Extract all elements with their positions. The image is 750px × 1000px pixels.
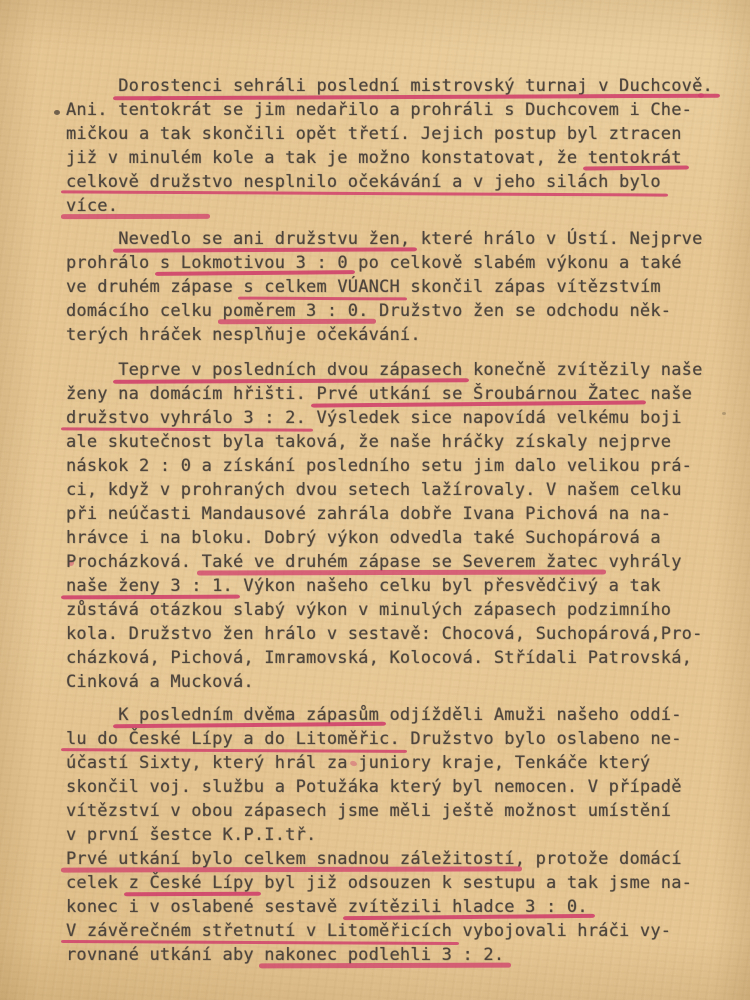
underlined-text: lu do České Lípy a do Litoměřic.	[66, 729, 400, 749]
typed-line: lu do České Lípy a do Litoměřic. Družstv…	[66, 727, 716, 751]
typed-line: Ani. tentokrát se jim nedařilo a prohrál…	[66, 98, 716, 122]
typed-line: zůstává otázkou slabý výkon v minulých z…	[66, 598, 716, 622]
typed-line: Prvé utkání bylo celkem snadnou záležito…	[66, 847, 716, 871]
typed-line: ve druhém zápase s celkem VÚANCH skončil…	[66, 275, 716, 299]
typed-line: skončil voj. službu a Potužáka který byl…	[66, 775, 716, 799]
underlined-text: naše ženy 3 : 1.	[66, 576, 233, 596]
underlined-text: Prvé utkání se Šroubárnou Žatec	[316, 384, 639, 404]
typed-line: Nevedlo se ani družstvu žen, které hrálo…	[66, 227, 716, 251]
text-segment: vítězství v obou zápasech jsme měli ješt…	[66, 801, 671, 821]
text-segment: po celkově slabém výkonu a také	[348, 253, 682, 273]
text-segment: Výsledek sice napovídá velkému boji	[306, 408, 682, 428]
typed-line: více.	[66, 194, 716, 218]
typed-line: domácího celku poměrem 3 : 0. Družstvo ž…	[66, 299, 716, 323]
underlined-text: Teprve v posledních dvou zápasech	[118, 360, 462, 380]
underlined-text: Dorostenci sehráli poslední mistrovský t…	[118, 76, 713, 96]
underlined-text: z České Lípy	[129, 873, 254, 893]
text-segment: prohrálo	[66, 253, 160, 273]
typed-line: hrávce i na bloku. Dobrý výkon odvedla t…	[66, 526, 716, 550]
typed-line: V závěrečném střetnutí v Litoměřicích vy…	[66, 919, 716, 943]
text-segment: Ani. tentokrát se jim nedařilo a prohrál…	[66, 100, 692, 120]
text-segment: ci, když v prohraných dvou setech lažíro…	[66, 480, 682, 500]
typed-line: ale skutečnost byla taková, že naše hráč…	[66, 430, 716, 454]
text-segment: již v minulém kole a tak je možno konsta…	[66, 148, 588, 168]
typed-line: terých hráček nesplňuje očekávání.	[66, 323, 716, 347]
document-page: Dorostenci sehráli poslední mistrovský t…	[0, 0, 750, 1000]
typed-line: konec i v oslabené sestavě zvítězili hla…	[66, 895, 716, 919]
typed-line: Teprve v posledních dvou zápasech konečn…	[66, 358, 716, 382]
underlined-text: více.	[66, 196, 118, 216]
text-segment: účastí Sixty, který hrál za juniory kraj…	[66, 753, 650, 773]
typed-line: Cinková a Mucková.	[66, 670, 716, 694]
typed-line: družstvo vyhrálo 3 : 2. Výsledek sice na…	[66, 406, 716, 430]
typed-line: prohrálo s Lokmotivou 3 : 0 po celkově s…	[66, 251, 716, 275]
typed-line: již v minulém kole a tak je možno konsta…	[66, 146, 716, 170]
underlined-text: K posledním dvěma zápasům	[118, 705, 379, 725]
paragraph: K posledním dvěma zápasům odjížděli Amuž…	[66, 703, 716, 847]
text-segment: hrávce i na bloku. Dobrý výkon odvedla t…	[66, 528, 661, 548]
text-segment	[66, 229, 118, 249]
text-segment: skončil voj. službu a Potužáka který byl…	[66, 777, 682, 797]
underlined-text: Také ve druhém zápase se Severem žatec	[202, 552, 599, 572]
text-segment: zůstává otázkou slabý výkon v minulých z…	[66, 600, 671, 620]
underlined-text: nakonec podlehli 3 : 2.	[264, 945, 504, 965]
underlined-text: celkově družstvo nesplnilo očekávání a v…	[66, 172, 661, 192]
underlined-text: Nevedlo se ani družstvu žen,	[118, 229, 410, 249]
text-segment: při neúčasti Mandausové zahrála dobře Iv…	[66, 504, 671, 524]
text-segment: rovnané utkání aby	[66, 945, 264, 965]
text-segment	[66, 705, 118, 725]
typed-line: účastí Sixty, který hrál za juniory kraj…	[66, 751, 716, 775]
underlined-text: zvítězili hladce 3 : 0.	[348, 897, 588, 917]
text-segment: Cinková a Mucková.	[66, 672, 254, 692]
text-segment: vybojovali hráči vy-	[452, 921, 671, 941]
paragraph: Teprve v posledních dvou zápasech konečn…	[66, 358, 716, 694]
text-segment: Družstvo bylo oslabeno ne-	[400, 729, 682, 749]
underlined-text: Prvé utkání bylo celkem snadnou záležito…	[66, 849, 515, 869]
typed-line: náskok 2 : 0 a získání posledního setu j…	[66, 454, 716, 478]
typed-line: K posledním dvěma zápasům odjížděli Amuž…	[66, 703, 716, 727]
typed-text-block: Dorostenci sehráli poslední mistrovský t…	[66, 74, 716, 967]
paragraph: Dorostenci sehráli poslední mistrovský t…	[66, 74, 716, 218]
underlined-text: s celkem VÚANCH	[243, 277, 400, 297]
text-segment: ve druhém zápase	[66, 277, 243, 297]
typed-line: v první šestce K.P.I.tř.	[66, 823, 716, 847]
text-segment: v první šestce K.P.I.tř.	[66, 825, 316, 845]
typed-line: celek z České Lípy byl již odsouzen k se…	[66, 871, 716, 895]
text-segment: naše	[640, 384, 692, 404]
ink-speck	[54, 110, 60, 115]
typed-line: mičkou a tak skončili opět třetí. Jejich…	[66, 122, 716, 146]
text-segment: mičkou a tak skončili opět třetí. Jejich…	[66, 124, 682, 144]
underlined-text: poměrem 3 : 0.	[223, 301, 369, 321]
underlined-text: družstvo vyhrálo 3 : 2.	[66, 408, 306, 428]
text-segment	[66, 76, 118, 96]
text-segment: odjížděli Amuži našeho oddí-	[379, 705, 682, 725]
paragraph: Prvé utkání bylo celkem snadnou záležito…	[66, 847, 716, 967]
text-segment: terých hráček nesplňuje očekávání.	[66, 325, 421, 345]
text-segment: skončil zápas vítězstvím	[400, 277, 661, 297]
text-segment: celek	[66, 873, 129, 893]
text-segment: Výkon našeho celku byl přesvědčivý a tak	[233, 576, 661, 596]
text-segment: ženy na domácím hřišti.	[66, 384, 316, 404]
underlined-text: s Lokmotivou 3 : 0	[160, 253, 348, 273]
text-segment: Procházková.	[66, 552, 202, 572]
typed-line: cházková, Pichová, Imramovská, Kolocová.…	[66, 646, 716, 670]
typed-line: Dorostenci sehráli poslední mistrovský t…	[66, 74, 716, 98]
typed-line: při neúčasti Mandausové zahrála dobře Iv…	[66, 502, 716, 526]
typed-line: rovnané utkání aby nakonec podlehli 3 : …	[66, 943, 716, 967]
text-segment: které hrálo v Ústí. Nejprve	[410, 229, 702, 249]
typed-line: celkově družstvo nesplnilo očekávání a v…	[66, 170, 716, 194]
text-segment: ale skutečnost byla taková, že naše hráč…	[66, 432, 671, 452]
typed-line: Procházková. Také ve druhém zápase se Se…	[66, 550, 716, 574]
text-segment: , protože domácí	[515, 849, 682, 869]
underlined-text: tentokrát	[588, 148, 682, 168]
text-segment: konečně zvítězily naše	[463, 360, 703, 380]
typed-line: kola. Družstvo žen hrálo v sestavě: Choc…	[66, 622, 716, 646]
text-segment: Družstvo žen se odchodu něk-	[369, 301, 672, 321]
underlined-text: V závěrečném střetnutí v Litoměřicích	[66, 921, 452, 941]
typed-line: vítězství v obou zápasech jsme měli ješt…	[66, 799, 716, 823]
text-segment: konec i v oslabené sestavě	[66, 897, 348, 917]
text-segment: domácího celku	[66, 301, 223, 321]
paragraph: Nevedlo se ani družstvu žen, které hrálo…	[66, 227, 716, 347]
typed-line: naše ženy 3 : 1. Výkon našeho celku byl …	[66, 574, 716, 598]
typed-line: ci, když v prohraných dvou setech lažíro…	[66, 478, 716, 502]
text-segment: byl již odsouzen k sestupu a tak jsme na…	[254, 873, 692, 893]
text-segment	[66, 360, 118, 380]
text-segment: náskok 2 : 0 a získání posledního setu j…	[66, 456, 692, 476]
text-segment: kola. Družstvo žen hrálo v sestavě: Choc…	[66, 624, 703, 644]
text-segment: cházková, Pichová, Imramovská, Kolocová.…	[66, 648, 692, 668]
ink-speck	[722, 412, 726, 415]
text-segment: vyhrály	[598, 552, 681, 572]
typed-line: ženy na domácím hřišti. Prvé utkání se Š…	[66, 382, 716, 406]
